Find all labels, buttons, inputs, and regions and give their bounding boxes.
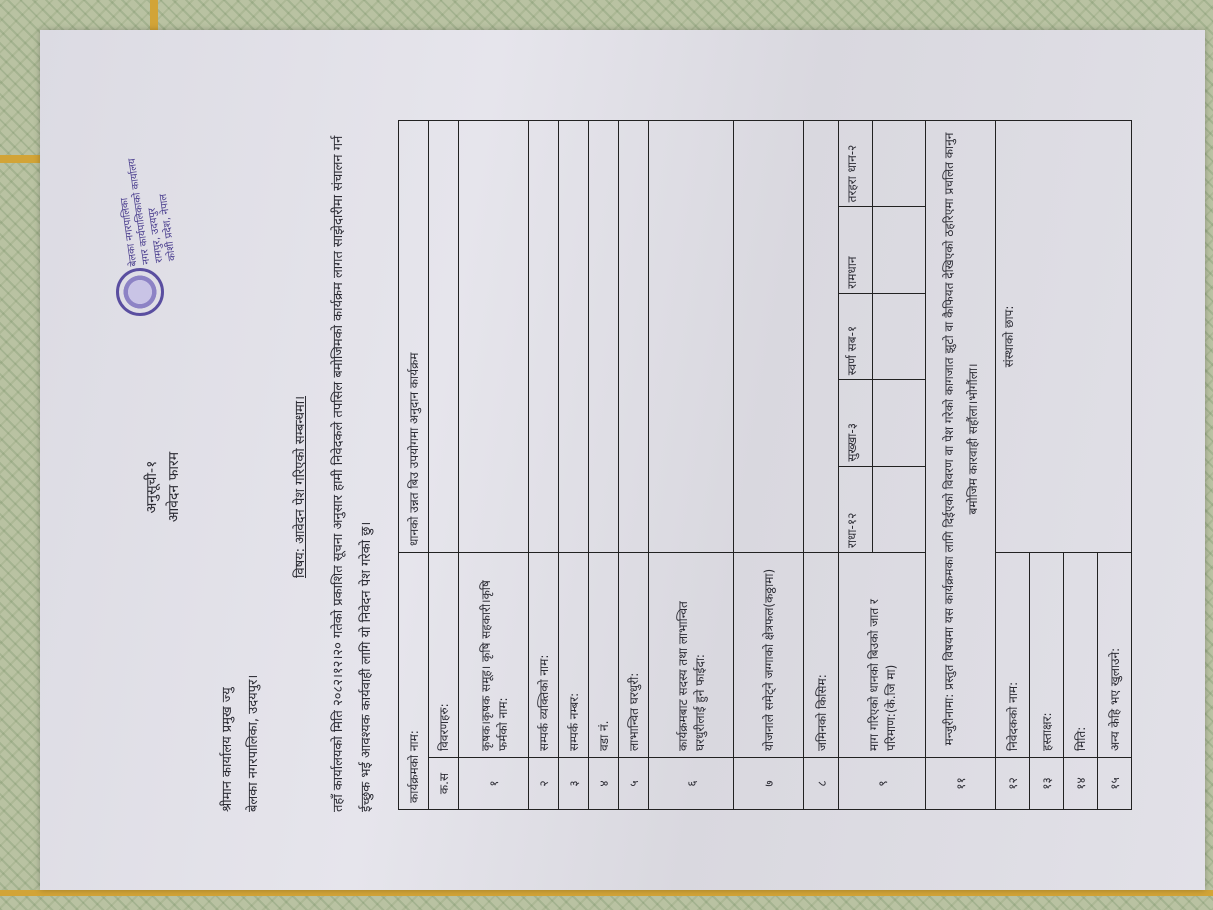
- addressee-line-2: बेलका नगरपालिका, उदयपुर।: [241, 675, 267, 812]
- table-row: ९ माग गरिएको धानको बिउको जात र परिमाण:(क…: [839, 121, 926, 810]
- table-row: ४ वडा नं.: [589, 121, 619, 810]
- declaration-row: ११ मन्जुरीनामा: प्रस्तुत विषयमा यस कार्य…: [926, 121, 996, 810]
- variety-label: रामधान: [839, 206, 872, 292]
- body-paragraph: तहाँ कार्यालयको मिति २०८२।१२।२० गतेको प्…: [325, 132, 381, 812]
- variety-quantity-field[interactable]: [873, 206, 925, 292]
- office-seal-icon: [116, 268, 164, 316]
- variety-quantity-field[interactable]: [873, 466, 925, 552]
- subject-line: विषय: आवेदन पेश गरिएको सम्बन्धमा।: [290, 92, 308, 882]
- application-form-page: अनुसूची-१ आवेदन फारम बेलका नगरपालिका नगर…: [80, 92, 1155, 882]
- variety-label: राधा-१२: [839, 466, 872, 552]
- variety-label: स्वर्ण सब-१: [839, 293, 872, 379]
- table-row: ३ सम्पर्क नम्बर:: [559, 121, 589, 810]
- background-stripe: [0, 155, 40, 163]
- table-row: १२ निवेदकको नाम: संस्थाको छाप:: [996, 121, 1030, 810]
- details-blank: [429, 121, 459, 553]
- field-land-area[interactable]: [734, 121, 804, 553]
- program-label: कार्यक्रमको नाम:: [399, 553, 429, 810]
- table-row: ८ जमिनको किसिम:: [804, 121, 839, 810]
- program-value: धानको उन्नत बिउ उपयोगमा अनुदान कार्यक्रम: [399, 121, 429, 553]
- table-row: १ कृषक।कृषक समूह। कृषि सहकारी।कृषि फर्मक…: [459, 121, 529, 810]
- table-row: ७ योजनाले समेट्ने जग्गाको क्षेत्रफल(कठ्ठ…: [734, 121, 804, 810]
- field-benefits[interactable]: [649, 121, 734, 553]
- variety-quantity-field[interactable]: [873, 121, 925, 206]
- background-stripe: [150, 0, 158, 30]
- variety-label: तरहरा धान-२: [839, 121, 872, 206]
- addressee: श्रीमान कार्यालय प्रमुख ज्यु बेलका नगरपा…: [215, 675, 267, 812]
- addressee-line-1: श्रीमान कार्यालय प्रमुख ज्यु: [215, 675, 241, 812]
- table-row: ६ कार्यक्रमबाट सदस्य तथा लाभान्वित घरधुर…: [649, 121, 734, 810]
- variety-quantity-field[interactable]: [873, 379, 925, 465]
- field-land-type[interactable]: [804, 121, 839, 553]
- field-contact-person[interactable]: [529, 121, 559, 553]
- declaration-text: मन्जुरीनामा: प्रस्तुत विषयमा यस कार्यक्र…: [926, 121, 996, 758]
- field-ward-number[interactable]: [589, 121, 619, 553]
- table-row: २ सम्पर्क व्यक्तिको नाम:: [529, 121, 559, 810]
- variety-quantity-field[interactable]: [873, 293, 925, 379]
- office-stamp: बेलका नगरपालिका नगर कार्यपालिकाको कार्या…: [112, 152, 202, 322]
- field-applicant-org[interactable]: [459, 121, 529, 553]
- table-row: ५ लाभान्वित घरधुरी:: [619, 121, 649, 810]
- org-stamp-box[interactable]: संस्थाको छाप:: [996, 121, 1132, 553]
- stamp-text: बेलका नगरपालिका नगर कार्यपालिकाको कार्या…: [113, 154, 179, 267]
- field-contact-number[interactable]: [559, 121, 589, 553]
- paper-sheet: अनुसूची-१ आवेदन फारम बेलका नगरपालिका नगर…: [40, 30, 1205, 890]
- application-table: कार्यक्रमको नाम: धानको उन्नत बिउ उपयोगमा…: [398, 120, 1132, 810]
- seed-variety-grid: राधा-१२ सुख्खा-३ स्वर्ण सब-१ रामधान तरहर…: [839, 121, 926, 553]
- sn-header: क.स: [429, 758, 459, 810]
- details-header: विवरणहरु:: [429, 553, 459, 758]
- field-beneficiary-households[interactable]: [619, 121, 649, 553]
- variety-label: सुख्खा-३: [839, 379, 872, 465]
- background-stripe: [0, 890, 1213, 896]
